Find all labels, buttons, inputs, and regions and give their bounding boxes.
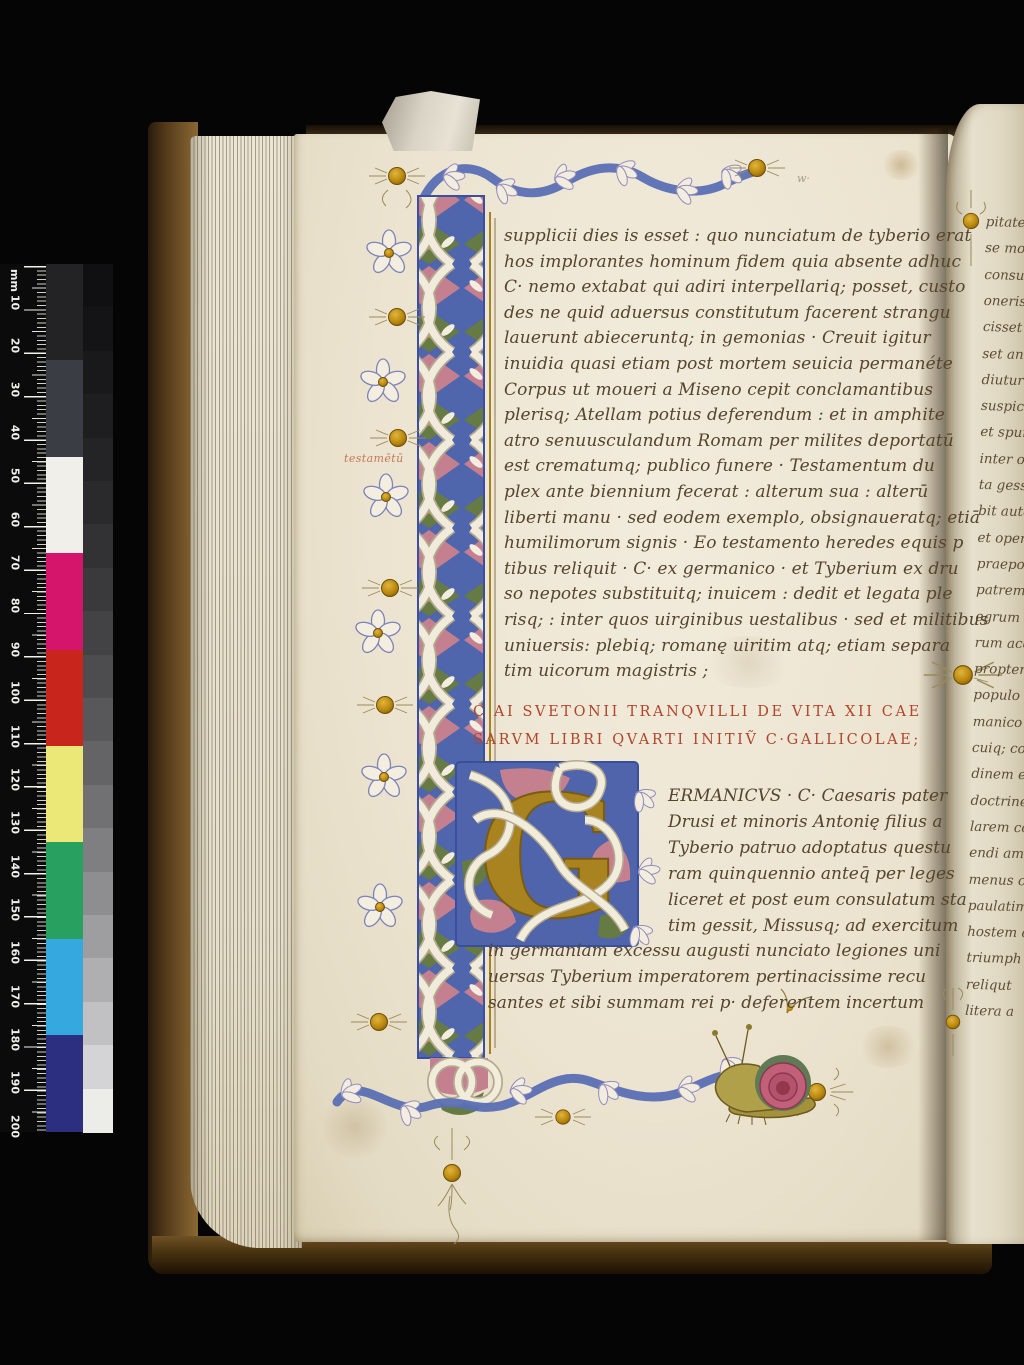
manuscript-text-line: tim gessit, Missusq; ad exercitum [668,916,958,936]
manuscript-text-line: so nepotes substituitq; inuicem : dedit … [504,584,953,604]
manuscript-text-line: ram quinquennio anteq̄ per leges [668,864,955,884]
manuscript-text-line: C· nemo extabat qui adiri interpellariq;… [504,277,965,297]
text-fragment: inter ossa [979,451,1024,469]
text-fragment: oneris si [984,293,1024,311]
text-fragment: doctrine c [970,792,1024,810]
manuscript-text-line: Tyberio patruo adoptatus questu [668,838,951,858]
manuscript-text-line: tim uicorum magistris ; [504,661,708,681]
text-fragment: endi am [969,845,1024,862]
manuscript-text-line: est crematumq; publico funere · Testamen… [504,456,935,476]
text-fragment: praepositu [977,556,1024,574]
text-fragment: reliqut [966,976,1012,993]
text-layer: testamētū w· supplicii dies is esset : q… [0,0,1024,1365]
manuscript-text-line: humilimorum signis · Eo testamento hered… [504,533,963,553]
manuscript-text-line: ERMANICVS · C· Caesaris pater [668,786,947,806]
text-fragment: hostem co [967,924,1024,942]
text-fragment: propter q [974,661,1024,679]
manuscript-text-line: santes et sibi summam rei p· deferentem … [488,993,924,1013]
manuscript-text-line: supplicii dies is esset : quo nunciatum … [504,226,971,246]
manuscript-photo: mm 1020304050607080901001101201301401501… [0,0,1024,1365]
manuscript-text-line: plex ante biennium fecerat : alterum sua… [504,482,928,502]
pen-trial-mark: w· [797,172,810,185]
manuscript-text-line: atro senuusculandum Romam per milites de… [504,431,954,451]
text-fragment: paulatim [968,898,1024,916]
rubric-line: C AI SVETONII TRANQVILLI DE VITA XII CAE [473,704,922,720]
text-fragment: larem co [970,819,1024,837]
text-fragment: et spuma [980,424,1024,442]
text-fragment: set annu [982,345,1024,363]
manuscript-text-line: hos implorantes hominum fidem quia absen… [504,252,961,272]
text-fragment: se moxq [985,240,1024,257]
manuscript-text-line: liberti manu · sed eodem exemplo, obsign… [504,508,980,528]
manuscript-text-line: tibus reliquit · C· ex germanico · et Ty… [504,559,959,579]
text-fragment: diuturno [981,372,1024,390]
text-fragment: populo a [973,687,1024,705]
text-fragment: cuiq; cont [972,740,1024,758]
text-fragment: ta gessim [979,477,1024,495]
text-fragment: pitate ar [986,214,1024,232]
text-fragment: triumph [966,950,1021,967]
manuscript-text-line: risq; : inter quos uirginibus uestalibus… [504,610,988,630]
text-fragment: bit autem [978,503,1024,521]
text-fragment: suspicion [981,398,1024,416]
text-fragment: rum acer [975,635,1024,653]
text-fragment: consul a [984,267,1024,284]
manuscript-text-line: uniuersis: plebiq; romanę uiritim atq; e… [504,636,950,656]
manuscript-text-line: des ne quid aduersus constitutum faceren… [504,303,951,323]
manuscript-text-line: Corpus ut moueri a Miseno cepit conclama… [504,380,933,400]
manuscript-text-line: liceret et post eum consulatum sta [668,890,967,910]
manuscript-text-line: uersas Tyberium imperatorem pertinacissi… [488,967,926,987]
text-fragment: menus co [968,871,1024,889]
text-fragment: cisset cap [983,319,1024,337]
text-fragment: et opera [977,529,1024,546]
text-fragment: egrum q [975,608,1024,626]
rubric-line: SARVM LIBRI QVARTI INITIṼ C·GALLICOLAE; [473,732,921,748]
text-fragment: patrem a [976,582,1024,600]
manuscript-text-line: Drusi et minoris Antonię filius a [668,812,943,832]
manuscript-text-line: inuidia quasi etiam post mortem seuicia … [504,354,953,374]
manuscript-text-line: lauerunt abieceruntq; in gemonias · Creu… [504,328,931,348]
text-fragment: manico co [973,714,1024,732]
text-fragment: litera a [965,1003,1014,1020]
manuscript-text-line: plerisq; Atellam potius deferendum : et … [504,405,945,425]
marginal-note: testamētū [344,452,404,465]
manuscript-text-line: in germaniam excessu augusti nunciato le… [488,941,940,961]
text-fragment: dinem eq [971,766,1024,784]
